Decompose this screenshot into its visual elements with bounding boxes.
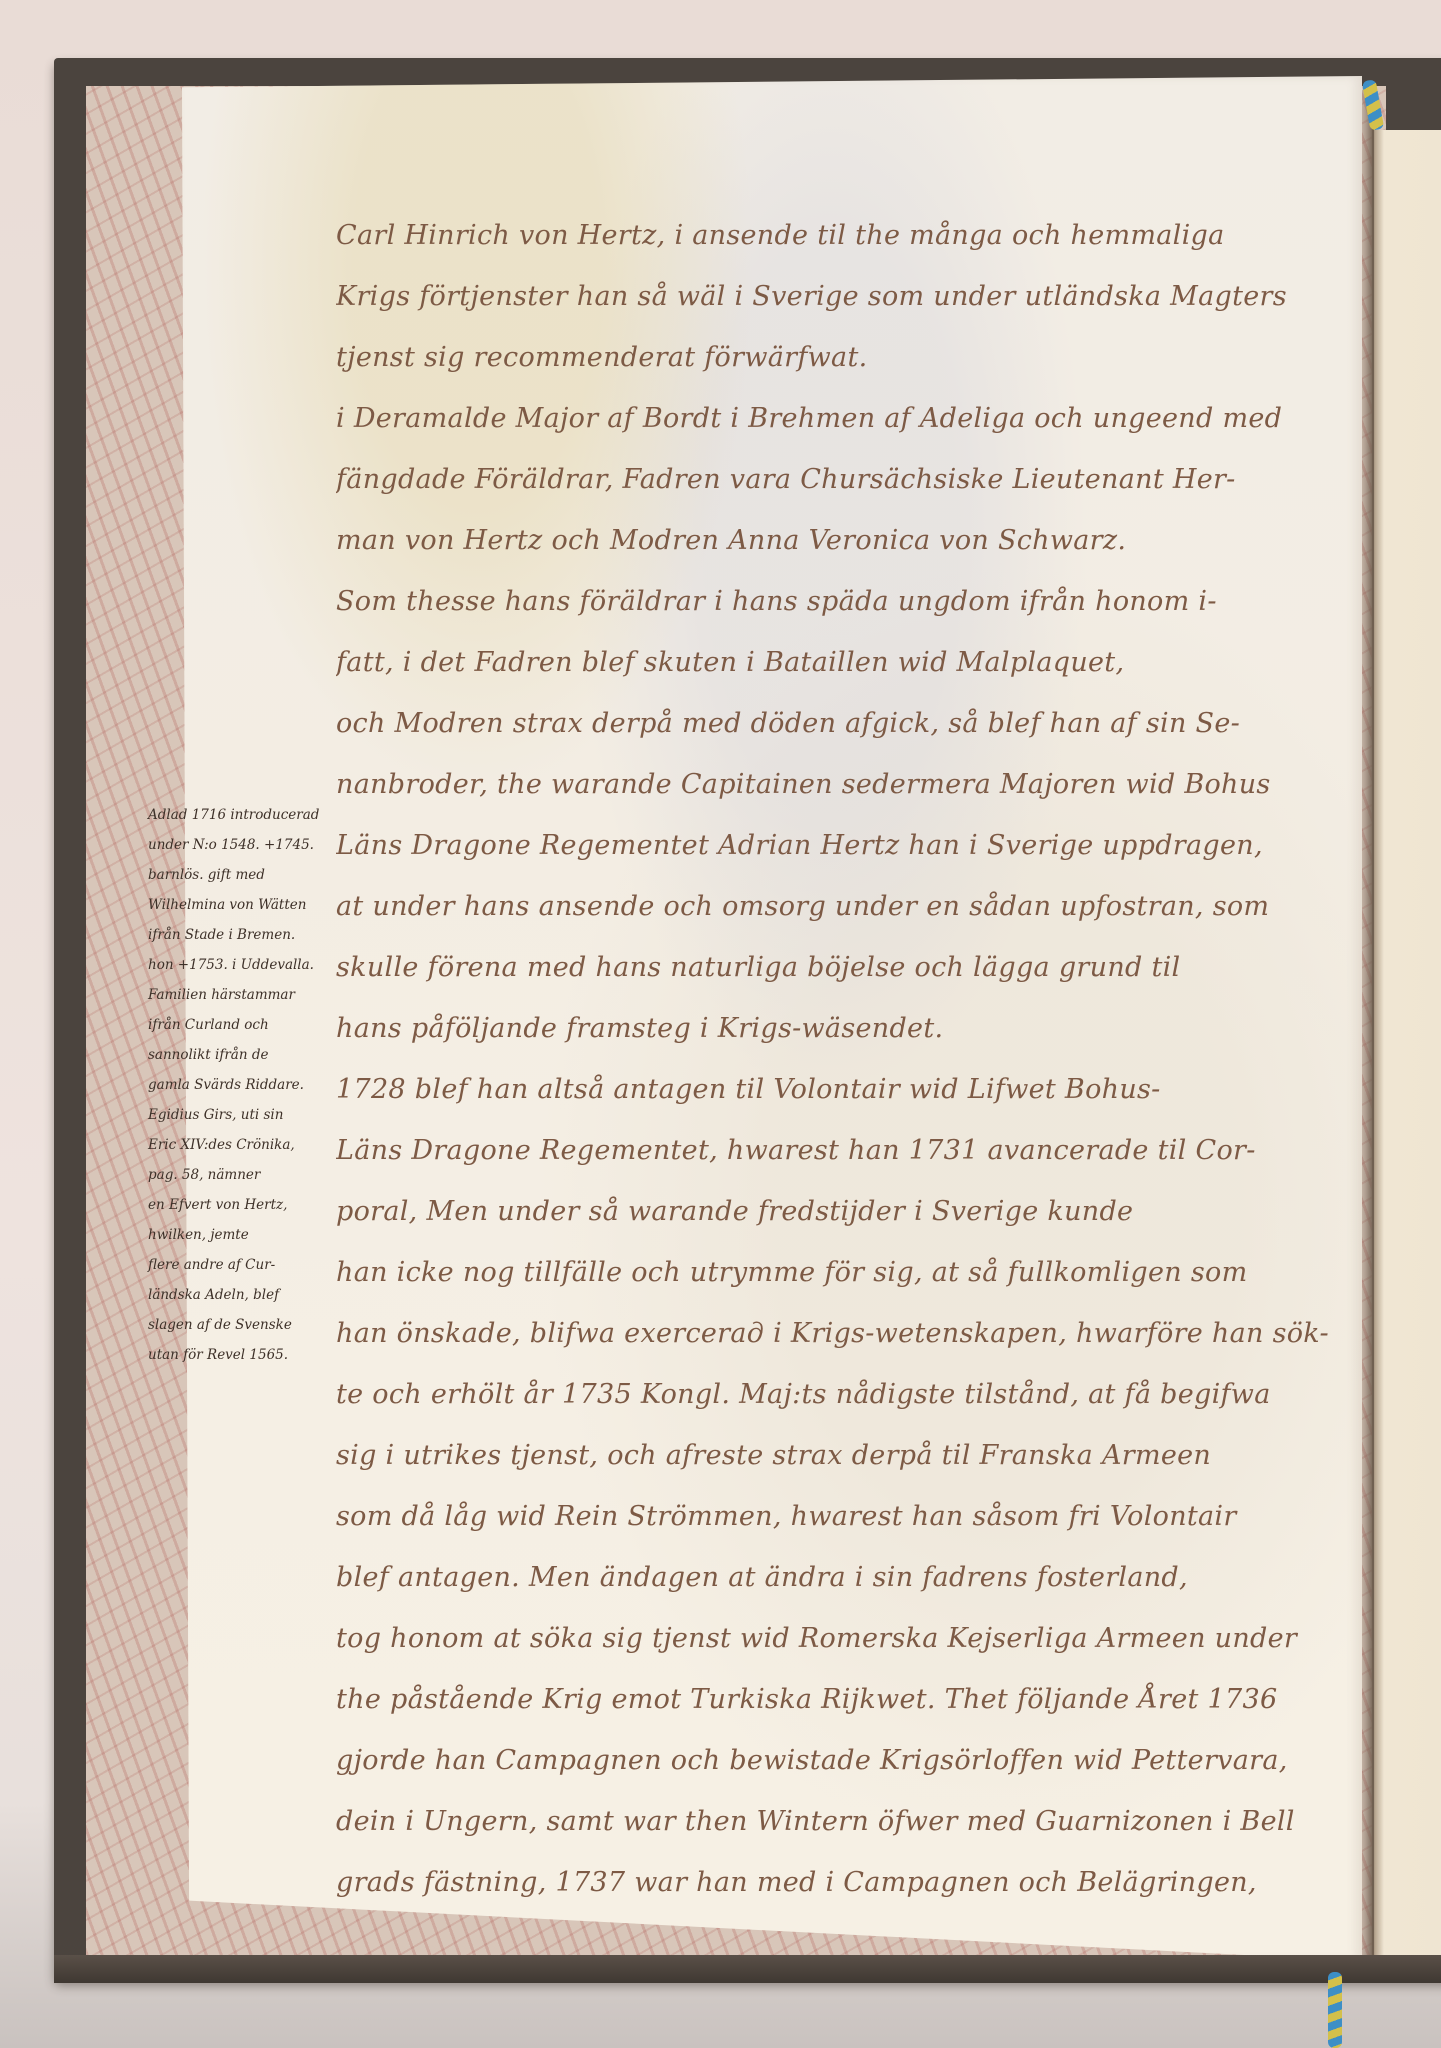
text-line: Läns Dragone Regementet Adrian Hertz han… [336,815,1336,876]
margin-line: flere andre af Cur- [148,1250,348,1280]
margin-line: utan för Revel 1565. [148,1340,348,1370]
margin-line: Egidius Girs, uti sin [148,1100,348,1130]
text-line: man von Hertz och Modren Anna Veronica v… [336,510,1336,571]
text-line: fängdade Föräldrar, Fadren vara Chursäch… [336,449,1336,510]
margin-line: pag. 58, nämner [148,1160,348,1190]
margin-line: Eric XIV:des Crönika, [148,1130,348,1160]
text-line: sig i utrikes tjenst, och afreste strax … [336,1425,1336,1486]
margin-line: Adlad 1716 introducerad [148,800,348,830]
margin-line: ifrån Curland och [148,1010,348,1040]
margin-line: barnlös. gift med [148,860,348,890]
text-line: Läns Dragone Regementet, hwarest han 173… [336,1120,1336,1181]
text-line: hans påföljande framsteg i Krigs-wäsende… [336,998,1336,1059]
text-line: han önskade, blifwa exerceraд i Krigs-we… [336,1303,1336,1364]
margin-line: ifrån Stade i Bremen. [148,920,348,950]
margin-line: Wilhelmina von Wätten [148,890,348,920]
text-line: som då låg wid Rein Strömmen, hwarest ha… [336,1486,1336,1547]
text-line: skulle förena med hans naturliga böjelse… [336,937,1336,998]
margin-line: slagen af de Svenske [148,1310,348,1340]
text-line: och Modren strax derpå med döden afgick,… [336,693,1336,754]
bookmark-ribbon-tail-icon [1328,1972,1342,2048]
margin-line: Familien härstammar [148,980,348,1010]
facing-page-edge [1372,130,1441,1965]
text-line: Som thesse hans föräldrar i hans späda u… [336,571,1336,632]
main-text-body: Carl Hinrich von Hertz, i ansende til th… [336,205,1336,1913]
cover-bottom-edge [54,1955,1441,1983]
text-line: Krigs förtjenster han så wäl i Sverige s… [336,266,1336,327]
text-line: poral, Men under så warande fredstijder … [336,1181,1336,1242]
text-line: the påstående Krig emot Turkiska Rijkwet… [336,1669,1336,1730]
margin-annotation: Adlad 1716 introducerad under N:o 1548. … [148,800,348,1370]
text-line: at under hans ansende och omsorg under e… [336,876,1336,937]
text-line: grads fästning, 1737 war han med i Campa… [336,1852,1336,1913]
margin-line: ländska Adeln, blef [148,1280,348,1310]
margin-line: hon +1753. i Uddevalla. [148,950,348,980]
text-line: fatt, i det Fadren blef skuten i Bataill… [336,632,1336,693]
text-line: blef antagen. Men ändagen at ändra i sin… [336,1547,1336,1608]
margin-line: hwilken, jemte [148,1220,348,1250]
text-line: Carl Hinrich von Hertz, i ansende til th… [336,205,1336,266]
text-line: nanbroder, the warande Capitainen sederm… [336,754,1336,815]
text-line: han icke nog tillfälle och utrymme för s… [336,1242,1336,1303]
margin-line: gamla Svärds Riddare. [148,1070,348,1100]
text-line: tjenst sig recommenderat förwärfwat. [336,327,1336,388]
text-line: tog honom at söka sig tjenst wid Romersk… [336,1608,1336,1669]
margin-line: under N:o 1548. +1745. [148,830,348,860]
margin-line: sannolikt ifrån de [148,1040,348,1070]
margin-line: en Efvert von Hertz, [148,1190,348,1220]
text-line: gjorde han Campagnen och bewistade Krigs… [336,1730,1336,1791]
text-line: te och erhölt år 1735 Kongl. Maj:ts nådi… [336,1364,1336,1425]
text-line: dein i Ungern, samt war then Wintern öfw… [336,1791,1336,1852]
text-line: 1728 blef han altså antagen til Volontai… [336,1059,1336,1120]
text-line: i Deramalde Major af Bordt i Brehmen af … [336,388,1336,449]
